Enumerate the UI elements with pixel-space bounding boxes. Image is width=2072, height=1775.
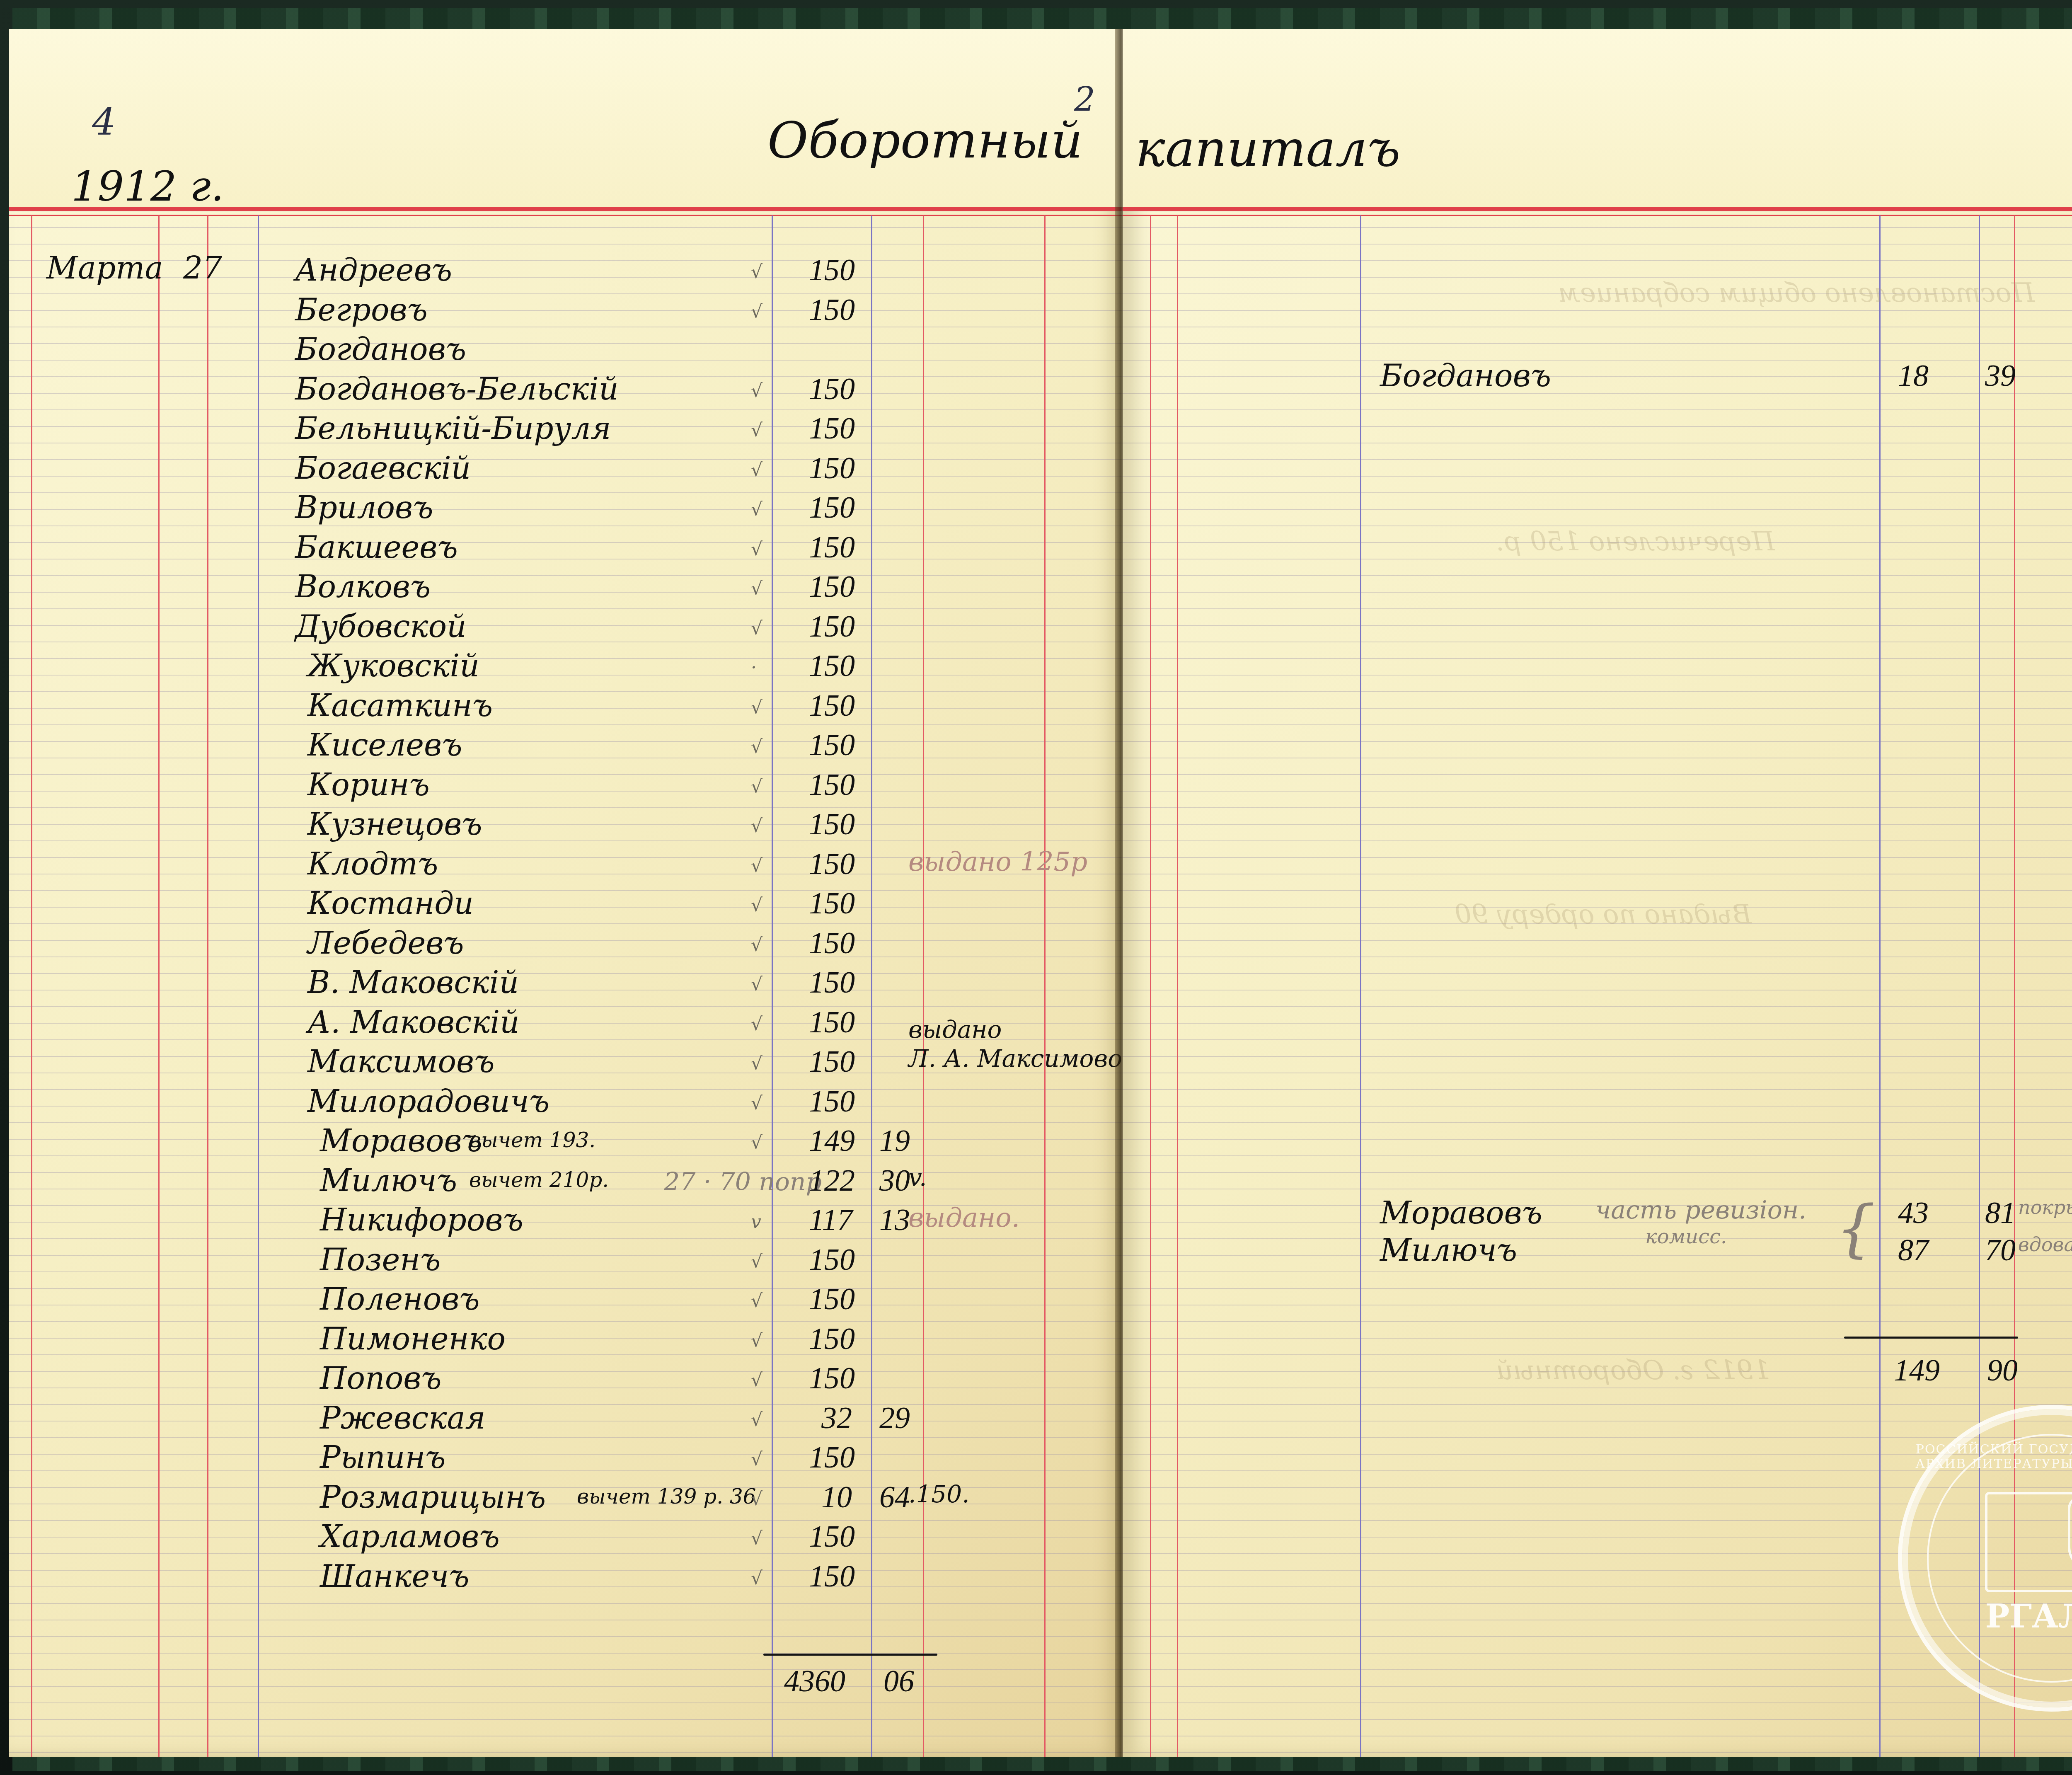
entry-name: Бегровъ bbox=[295, 295, 428, 325]
entry-name: Богдановъ-Бельскій bbox=[295, 374, 619, 404]
entry-name: Милючъ bbox=[320, 1165, 457, 1196]
entry-rubles: 150 bbox=[809, 651, 855, 681]
entry-name: Максимовъ bbox=[307, 1046, 494, 1077]
entry-rubles: 150 bbox=[809, 967, 855, 998]
entry-kopecks: 19 bbox=[879, 1126, 910, 1156]
month-column-line bbox=[158, 216, 160, 1757]
entry-kopecks: 39 bbox=[1985, 361, 2016, 391]
entry-kopecks: 81 bbox=[1985, 1198, 2016, 1228]
entry-checkmark: √ bbox=[751, 857, 762, 875]
entry-rubles: 150 bbox=[809, 849, 855, 879]
entry-name: Пимоненко bbox=[320, 1324, 506, 1354]
entry-rubles: 18 bbox=[1898, 361, 1929, 391]
entry-checkmark: √ bbox=[751, 1332, 762, 1350]
year-label: 1912 г. bbox=[71, 166, 224, 207]
entry-kopecks: 30 bbox=[879, 1165, 910, 1196]
entry-checkmark: √ bbox=[751, 421, 762, 440]
ledger-title-left: Оборотный bbox=[767, 116, 1083, 166]
bleed-through-text: Постановлено общим собранием bbox=[1558, 278, 2035, 308]
entry-rubles: 149 bbox=[809, 1126, 855, 1156]
entry-rubles: 150 bbox=[809, 611, 855, 642]
entry-name: Вриловъ bbox=[295, 492, 433, 523]
entry-checkmark: √ bbox=[751, 1451, 762, 1469]
entry-rubles: 10 bbox=[821, 1482, 852, 1513]
entry-month: Марта bbox=[46, 253, 163, 283]
entry-name: Рыпинъ bbox=[320, 1442, 445, 1473]
entry-note: выдано 125р bbox=[908, 849, 1087, 875]
entry-name: Киселевъ bbox=[307, 730, 462, 760]
entry-rubles: 117 bbox=[809, 1205, 853, 1235]
entry-name: Моравовъ bbox=[1380, 1198, 1542, 1228]
entry-note: выдано. bbox=[908, 1205, 1020, 1231]
entry-rubles: 150 bbox=[809, 809, 855, 840]
entry-rubles: 150 bbox=[809, 1521, 855, 1552]
day-column-line bbox=[207, 216, 208, 1757]
entry-note: .150. bbox=[908, 1482, 970, 1506]
entry-rubles: 150 bbox=[809, 1324, 855, 1354]
entry-name: А. Маковскій bbox=[307, 1007, 520, 1038]
entry-kopecks: 64 bbox=[879, 1482, 910, 1513]
entry-name: Шанкечъ bbox=[320, 1561, 470, 1592]
ledger-title-right: капиталъ bbox=[1135, 124, 1401, 174]
entry-checkmark: √ bbox=[751, 540, 762, 559]
entry-note: Л. А. Максимовой bbox=[908, 1046, 1138, 1070]
entry-rubles: 122 bbox=[809, 1165, 855, 1196]
entry-rubles: 150 bbox=[809, 1442, 855, 1473]
entry-name: Лебедевъ bbox=[307, 928, 464, 959]
entry-checkmark: √ bbox=[751, 1411, 762, 1429]
entry-deduction-note: вычет 193. bbox=[469, 1130, 595, 1150]
entry-checkmark: √ bbox=[751, 620, 762, 638]
entry-name: Моравовъ bbox=[320, 1126, 482, 1156]
entry-rubles: 150 bbox=[809, 770, 855, 800]
folio-left: 2 bbox=[1074, 83, 1095, 116]
entry-rubles: 150 bbox=[809, 374, 855, 404]
entry-note: v. bbox=[908, 1165, 927, 1189]
entry-rubles: 150 bbox=[809, 1561, 855, 1592]
entry-name: Харламовъ bbox=[320, 1521, 500, 1552]
entry-kopecks: 70 bbox=[1985, 1235, 2016, 1266]
entry-name: Ржевская bbox=[320, 1403, 486, 1434]
entry-checkmark: √ bbox=[751, 580, 762, 598]
entry-name: Клодтъ bbox=[307, 849, 438, 879]
entry-rubles: 87 bbox=[1898, 1235, 1929, 1266]
entry-name: Бельницкій-Бируля bbox=[295, 413, 611, 444]
margin-line bbox=[1150, 216, 1151, 1757]
entry-rubles: 150 bbox=[809, 492, 855, 523]
stamp-ring-text: РОССИЙСКИЙ ГОСУДАРСТВЕННЫЙ АРХИВ ЛИТЕРАТ… bbox=[1902, 1442, 2072, 1471]
entry-checkmark: √ bbox=[751, 1015, 762, 1034]
total-underline bbox=[1844, 1337, 2018, 1339]
entry-name: Милорадовичъ bbox=[307, 1086, 549, 1117]
entry-description: комисс. bbox=[1645, 1227, 1727, 1247]
entry-rubles: 32 bbox=[821, 1403, 852, 1434]
entry-rubles: 150 bbox=[809, 1245, 855, 1275]
entry-name: Милючъ bbox=[1380, 1235, 1517, 1266]
total-underline bbox=[763, 1654, 937, 1656]
entry-name: Кузнецовъ bbox=[307, 809, 482, 840]
entry-rubles: 150 bbox=[809, 1086, 855, 1117]
entry-pencil-note: 27 · 70 попр. bbox=[664, 1170, 830, 1194]
entry-checkmark: √ bbox=[751, 778, 762, 796]
entry-checkmark: √ bbox=[751, 461, 762, 479]
header-rule-thin bbox=[1123, 215, 2072, 216]
entry-rubles: 150 bbox=[809, 690, 855, 721]
bleed-through-text: Выдано по ордеру 90 bbox=[1455, 899, 1752, 930]
entry-checkmark: √ bbox=[751, 1055, 762, 1073]
entry-name: Бакшеевъ bbox=[295, 532, 458, 563]
entry-name: Никифоровъ bbox=[320, 1205, 523, 1235]
entry-rubles: 150 bbox=[809, 571, 855, 602]
entry-name: Дубовской bbox=[295, 611, 467, 642]
bleed-through-text: 1912 г. Оборотный bbox=[1496, 1355, 1770, 1386]
right-total-kop: 90 bbox=[1987, 1355, 2018, 1386]
month-column-line bbox=[1177, 216, 1178, 1757]
entry-checkmark: √ bbox=[751, 1569, 762, 1588]
entry-checkmark: √ bbox=[751, 1253, 762, 1271]
entry-rubles: 150 bbox=[809, 888, 855, 919]
entry-note: покрыть. bbox=[2018, 1198, 2072, 1217]
entry-rubles: 150 bbox=[809, 255, 855, 286]
entry-checkmark: √ bbox=[751, 1292, 762, 1310]
entry-checkmark: v bbox=[751, 1213, 761, 1231]
entry-checkmark: √ bbox=[751, 1095, 762, 1113]
entry-checkmark: √ bbox=[751, 303, 762, 321]
entry-rubles: 43 bbox=[1898, 1198, 1929, 1228]
stamp-label: РГАЛИ bbox=[1902, 1598, 2072, 1635]
header-rule-thick bbox=[1123, 207, 2072, 211]
entry-deduction-note: вычет 139 р. 36 bbox=[577, 1486, 756, 1507]
entry-name: Жуковскій bbox=[307, 651, 479, 681]
left-page-number: 4 bbox=[92, 104, 116, 141]
right-total-rub: 149 bbox=[1894, 1355, 1940, 1386]
entry-rubles: 150 bbox=[809, 413, 855, 444]
left-total-kop: 06 bbox=[884, 1666, 914, 1697]
rub-column-line bbox=[772, 216, 773, 1757]
entry-checkmark: √ bbox=[751, 382, 762, 400]
entry-name: Позенъ bbox=[320, 1245, 441, 1275]
entry-checkmark: √ bbox=[751, 1490, 762, 1509]
entry-note: вдова покрыть bbox=[2018, 1235, 2072, 1254]
header-rule-thin bbox=[9, 215, 1123, 216]
entry-name: Коринъ bbox=[307, 770, 430, 800]
left-total-rub: 4360 bbox=[784, 1666, 845, 1697]
entry-name: В. Маковскій bbox=[307, 967, 519, 998]
entry-checkmark: √ bbox=[751, 1371, 762, 1390]
entry-checkmark: √ bbox=[751, 1134, 762, 1152]
entry-checkmark: · bbox=[751, 659, 757, 677]
entry-rubles: 150 bbox=[809, 453, 855, 484]
entry-name: Богаевскій bbox=[295, 453, 471, 484]
entry-rubles: 150 bbox=[809, 928, 855, 959]
note-column-line bbox=[923, 216, 924, 1757]
entry-rubles: 150 bbox=[809, 1363, 855, 1394]
entry-rubles: 150 bbox=[809, 1284, 855, 1315]
entry-note: выдано bbox=[908, 1017, 1002, 1041]
entry-name: Богдановъ bbox=[295, 334, 466, 365]
entry-rubles: 150 bbox=[809, 730, 855, 760]
entry-name: Розмарицынъ bbox=[320, 1482, 546, 1513]
entry-name: Волковъ bbox=[295, 571, 431, 602]
entry-checkmark: √ bbox=[751, 501, 762, 519]
entry-name: Андреевъ bbox=[295, 255, 452, 286]
entry-checkmark: √ bbox=[751, 1530, 762, 1548]
name-column-line bbox=[258, 216, 259, 1757]
entry-checkmark: √ bbox=[751, 263, 762, 281]
entry-day: 27 bbox=[183, 253, 222, 283]
entry-name: Богдановъ bbox=[1380, 361, 1551, 391]
entry-checkmark: √ bbox=[751, 936, 762, 954]
note-column-line-2 bbox=[1044, 216, 1046, 1757]
entry-rubles: 150 bbox=[809, 1046, 855, 1077]
binding-spine-top bbox=[12, 8, 2072, 31]
entry-checkmark: √ bbox=[751, 738, 762, 756]
entry-rubles: 150 bbox=[809, 532, 855, 563]
entry-deduction-note: вычет 210р. bbox=[469, 1170, 609, 1190]
kop-column-line bbox=[871, 216, 872, 1757]
entry-rubles: 150 bbox=[809, 295, 855, 325]
rub-column-line bbox=[1879, 216, 1881, 1757]
entry-checkmark: √ bbox=[751, 976, 762, 994]
entry-kopecks: 29 bbox=[879, 1403, 910, 1434]
entry-name: Поповъ bbox=[320, 1363, 442, 1394]
right-page-header bbox=[1123, 29, 2072, 207]
entry-kopecks: 13 bbox=[879, 1205, 910, 1235]
left-page: 4 1912 г. Оборотный 2 Марта 27 Андреевъ√… bbox=[9, 29, 1123, 1757]
entry-name: Поленовъ bbox=[320, 1284, 480, 1315]
entry-name: Касаткинъ bbox=[307, 690, 493, 721]
entry-checkmark: √ bbox=[751, 699, 762, 717]
entry-checkmark: √ bbox=[751, 896, 762, 915]
entry-name: Костанди bbox=[307, 888, 474, 919]
name-column-line bbox=[1360, 216, 1361, 1757]
entry-description: часть ревизіон. bbox=[1595, 1198, 1806, 1223]
margin-line bbox=[31, 216, 32, 1757]
brace-mark: { bbox=[1836, 1198, 1875, 1260]
entry-checkmark: √ bbox=[751, 817, 762, 835]
entry-rubles: 150 bbox=[809, 1007, 855, 1038]
bleed-through-text: Перечислено 150 р. bbox=[1496, 526, 1775, 557]
book-palette-icon bbox=[1985, 1492, 2072, 1592]
